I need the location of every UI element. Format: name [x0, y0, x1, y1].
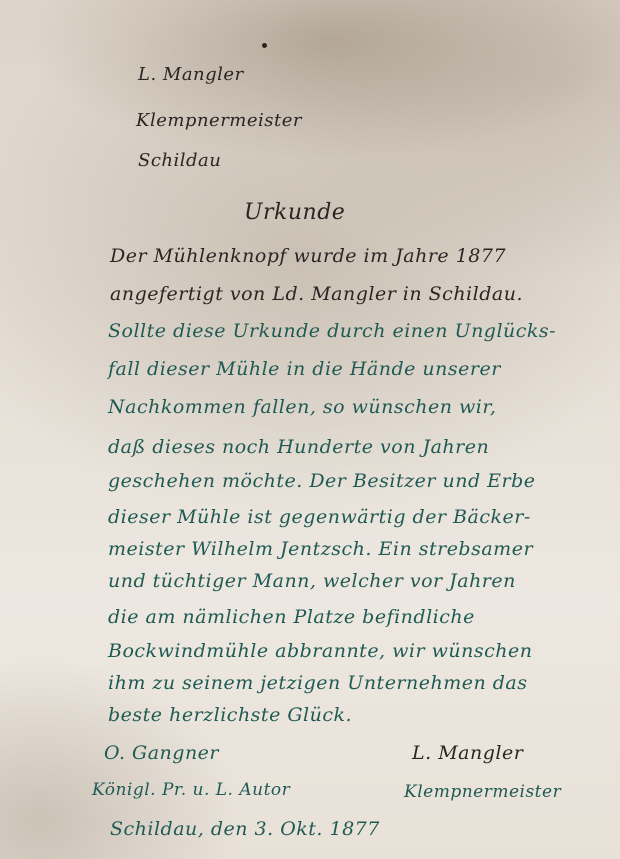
signature-left-name: O. Gangner	[104, 742, 219, 764]
body-line: dieser Mühle ist gegenwärtig der Bäcker-	[108, 506, 531, 528]
body-line: Nachkommen fallen, so wünschen wir,	[108, 396, 496, 418]
header-name: L. Mangler	[138, 64, 244, 85]
body-line: die am nämlichen Platze befindliche	[108, 606, 475, 628]
signature-right-name: L. Mangler	[412, 742, 523, 764]
body-line: Der Mühlenknopf wurde im Jahre 1877	[110, 245, 506, 267]
body-line: und tüchtiger Mann, welcher vor Jahren	[108, 570, 516, 592]
body-line: Sollte diese Urkunde durch einen Unglück…	[108, 320, 556, 342]
header-trade: Klempnermeister	[136, 110, 302, 131]
signature-left-title: Königl. Pr. u. L. Autor	[92, 780, 290, 800]
body-line: fall dieser Mühle in die Hände unserer	[108, 358, 501, 380]
body-line: geschehen möchte. Der Besitzer und Erbe	[108, 470, 536, 492]
document-title: Urkunde	[244, 200, 345, 225]
body-line: daß dieses noch Hunderte von Jahren	[108, 436, 489, 458]
document-page: L. Mangler Klempnermeister Schildau Urku…	[0, 0, 620, 859]
header-place: Schildau	[138, 150, 221, 171]
body-line: meister Wilhelm Jentzsch. Ein strebsamer	[108, 538, 533, 560]
place-date: Schildau, den 3. Okt. 1877	[110, 818, 380, 840]
body-line: ihm zu seinem jetzigen Unternehmen das	[108, 672, 528, 694]
body-line: angefertigt von Ld. Mangler in Schildau.	[110, 283, 523, 305]
ink-spot	[262, 43, 267, 48]
body-line: beste herzlichste Glück.	[108, 704, 352, 726]
body-line: Bockwindmühle abbrannte, wir wünschen	[108, 640, 532, 662]
signature-right-title: Klempnermeister	[404, 782, 561, 802]
